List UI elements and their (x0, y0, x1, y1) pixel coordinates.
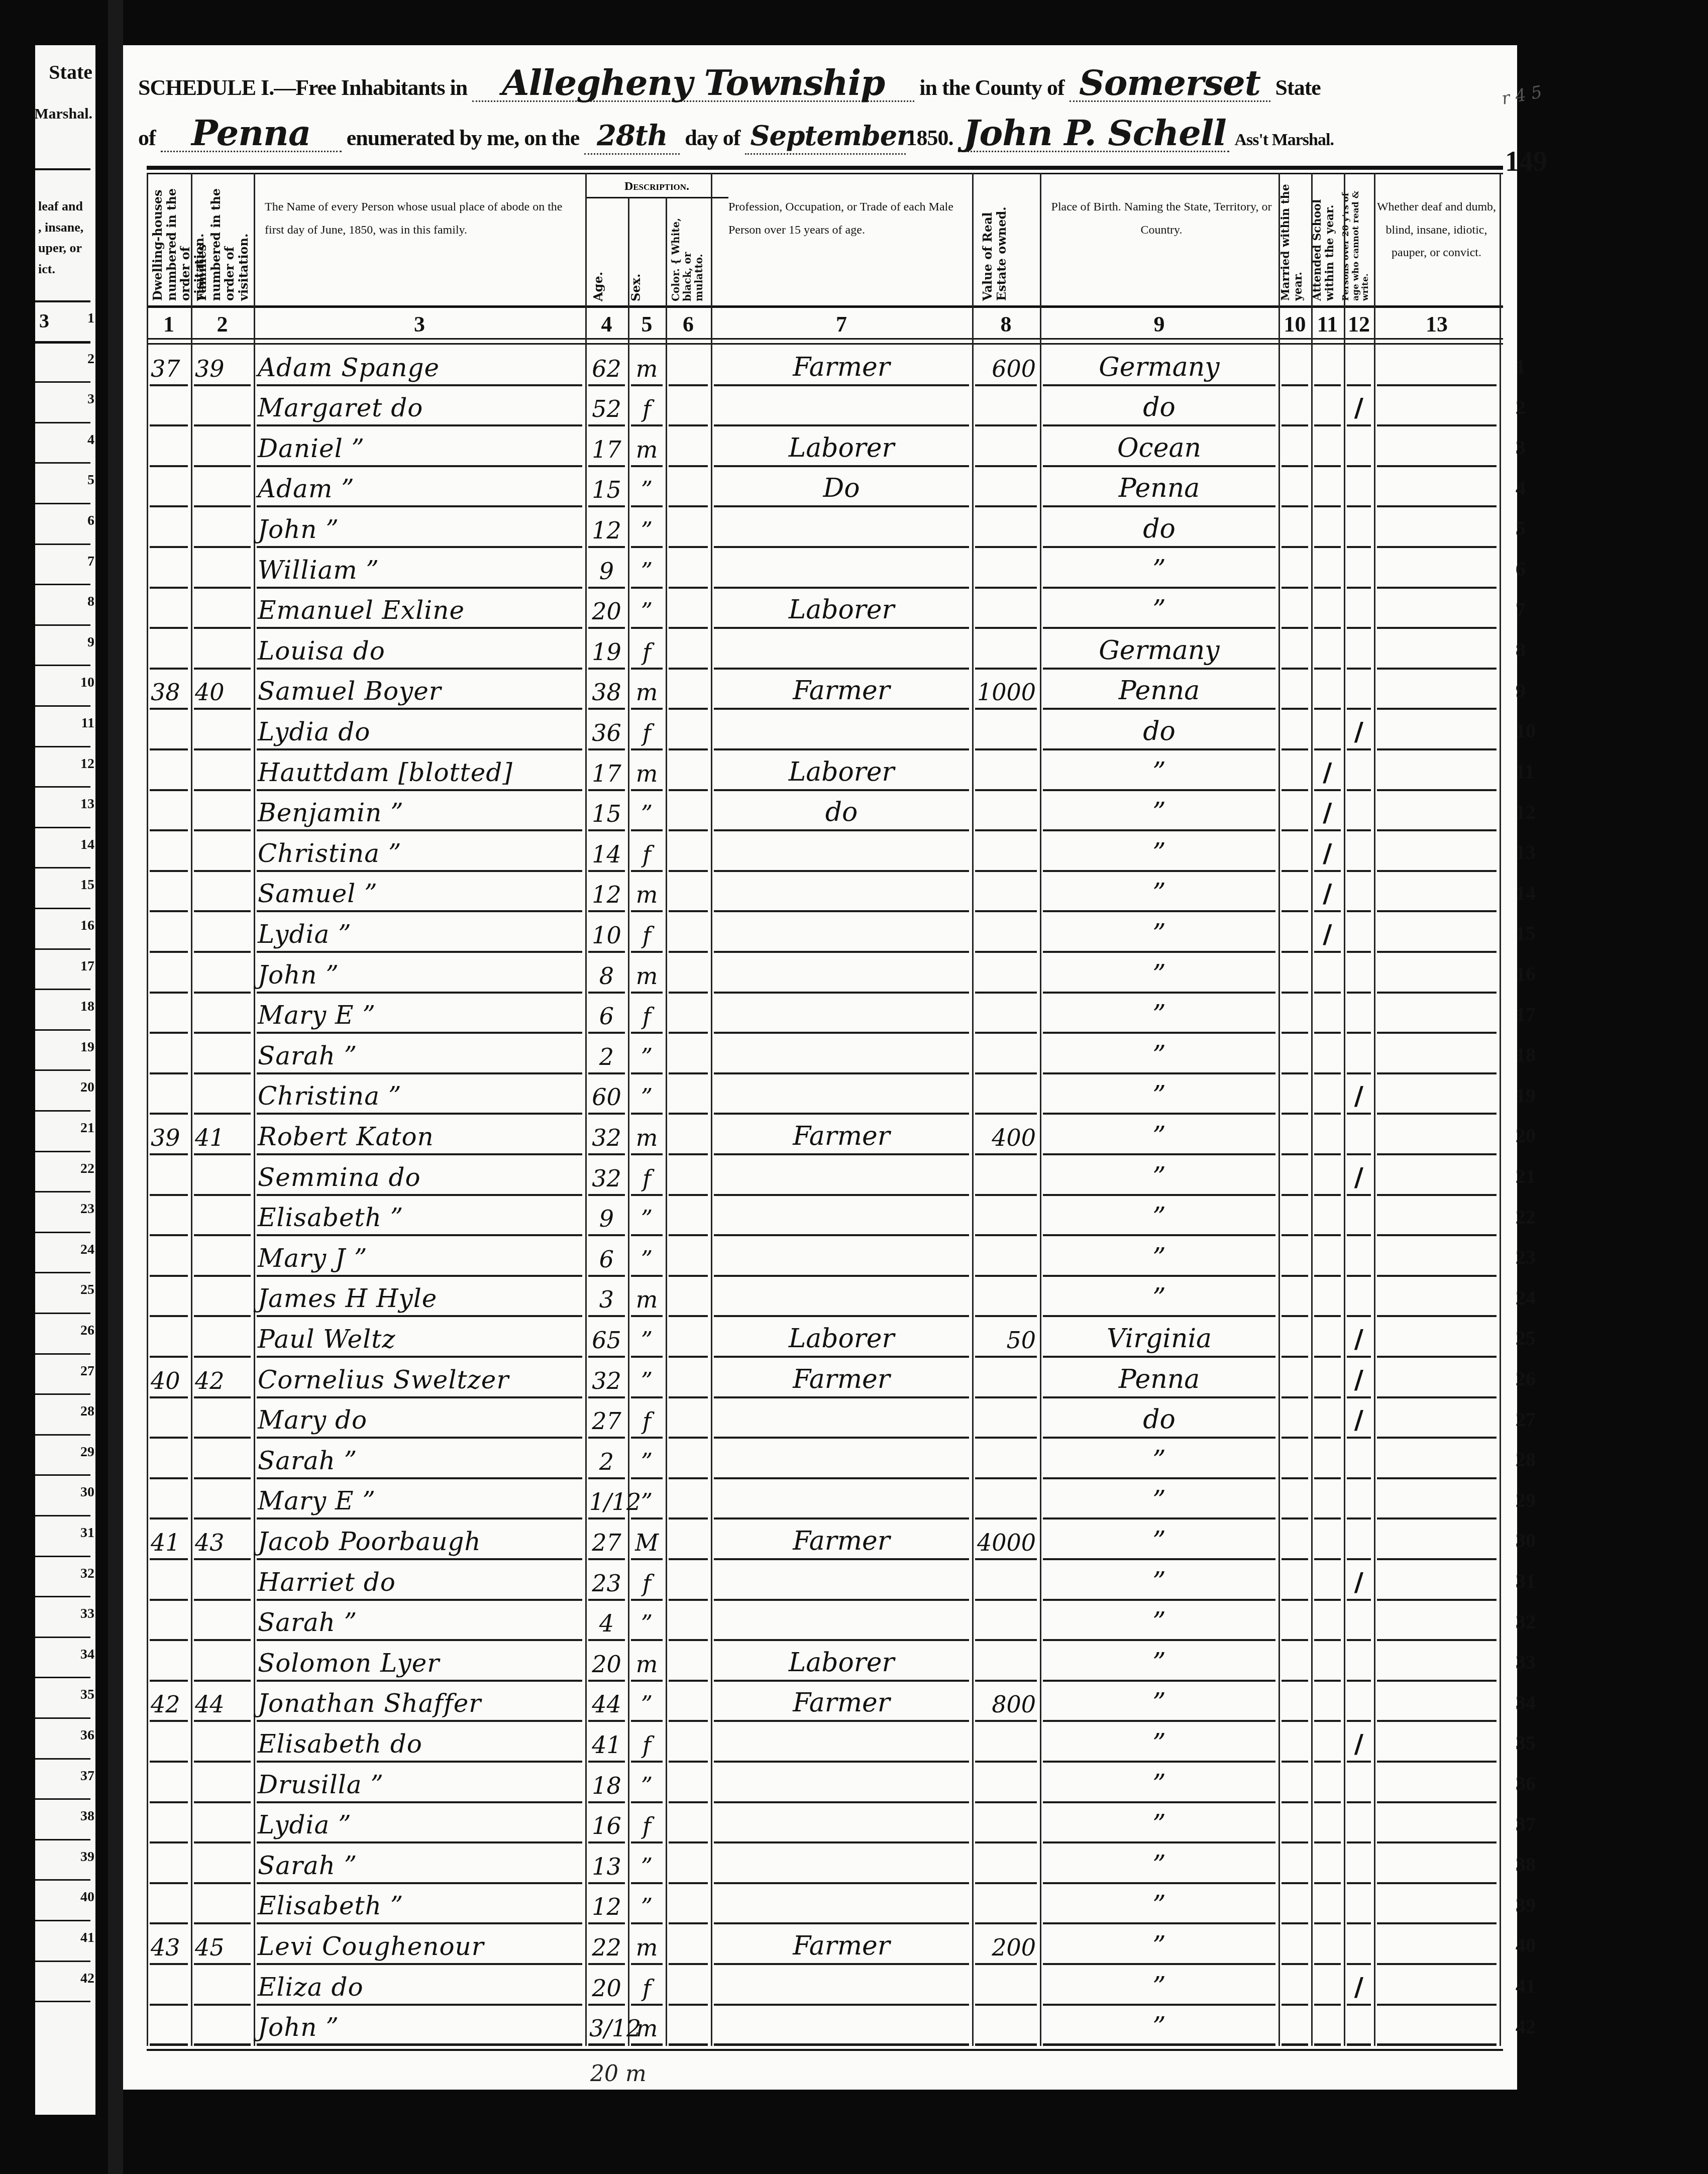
column-number: 8 (972, 311, 1040, 337)
cell-sex: f (632, 1165, 662, 1192)
cell-sex: ” (632, 1246, 662, 1273)
census-row: Benjamin ”15”do”/12 (147, 791, 1503, 832)
prev-page-line-number: 42 (80, 1971, 94, 1987)
line-number: 10 (1516, 719, 1536, 742)
cell-sex: ” (632, 1772, 662, 1799)
cell-sex: ” (632, 598, 662, 625)
cell-age: 14 (589, 841, 624, 868)
line-number: 2 (1516, 395, 1526, 419)
prev-page-line-number: 16 (80, 918, 94, 934)
header-name: The Name of every Person whose usual pla… (260, 196, 576, 242)
column-number: 12 (1344, 311, 1374, 337)
cell-dwelling: 43 (151, 1934, 187, 1961)
line-number: 24 (1516, 1286, 1536, 1310)
line-number: 33 (1516, 1650, 1536, 1674)
prev-page-line-number: 30 (80, 1484, 94, 1500)
cell-name: James H Hyle (258, 1284, 581, 1313)
census-row: Sarah ”4””32 (147, 1601, 1503, 1642)
cell-birthplace: do (1044, 392, 1274, 422)
cell-sex: ” (632, 800, 662, 827)
cell-school: / (1315, 798, 1340, 827)
cell-birthplace: ” (1044, 1283, 1274, 1313)
cell-illiterate: / (1348, 1972, 1370, 2002)
cell-birthplace: ” (1044, 1972, 1274, 2002)
cell-age: 13 (589, 1853, 624, 1880)
cell-birthplace: ” (1044, 1040, 1274, 1070)
cell-name: Elisabeth ” (258, 1891, 581, 1920)
cell-sex: m (632, 436, 662, 463)
cell-occupation: Farmer (715, 676, 968, 706)
line-number: 17 (1516, 1003, 1536, 1026)
cell-family: 45 (195, 1934, 250, 1961)
cell-sex: m (632, 760, 662, 787)
line-number: 3 (1516, 436, 1526, 459)
column-number: 9 (1040, 311, 1278, 337)
census-row: 4143Jacob Poorbaugh27MFarmer4000”30 (147, 1519, 1503, 1560)
census-row: Margaret do52fdo/2 (147, 386, 1503, 427)
cell-sex: m (632, 1934, 662, 1961)
column-number: 1 (147, 311, 191, 337)
census-row: Christina ”60””/19 (147, 1074, 1503, 1115)
cell-name: Daniel ” (258, 434, 581, 463)
cell-sex: f (632, 841, 662, 868)
column-number: 2 (191, 311, 254, 337)
cell-birthplace: Germany (1044, 635, 1274, 666)
header-family: Families numbered in the order of visita… (195, 178, 250, 301)
header-color: Color. { White, black, or mulatto. (670, 201, 710, 301)
prev-page-line-number: 6 (87, 513, 94, 529)
prev-page-state-fragment: State (49, 60, 92, 84)
line-number: 26 (1516, 1367, 1536, 1390)
cell-name: Semmina do (258, 1163, 581, 1192)
cell-age: 60 (589, 1083, 624, 1111)
cell-sex: ” (632, 1043, 662, 1070)
cell-sex: m (632, 962, 662, 990)
prev-page-line-number: 36 (80, 1727, 94, 1744)
census-row: William ”9””6 (147, 548, 1503, 589)
cell-name: Adam Spange (258, 353, 581, 382)
line-number: 38 (1516, 1853, 1536, 1876)
cell-value: 600 (976, 355, 1036, 382)
prev-page-line-number: 28 (80, 1403, 94, 1420)
cell-age: 15 (589, 476, 624, 503)
census-row: 4042Cornelius Sweltzer32”FarmerPenna/26 (147, 1358, 1503, 1398)
prev-page-line-number: 3 (87, 391, 94, 407)
prev-page-line-number: 34 (80, 1647, 94, 1663)
prev-page-line-number: 7 (87, 554, 94, 570)
prev-page-line-number: 38 (80, 1808, 94, 1824)
header-married: Married within the year. (1279, 178, 1310, 301)
line-number: 32 (1516, 1610, 1536, 1634)
cell-age: 27 (589, 1407, 624, 1435)
cell-occupation: Laborer (715, 595, 968, 625)
prev-page-line-number: 35 (80, 1687, 94, 1703)
cell-name: Mary J ” (258, 1244, 581, 1273)
cell-name: John ” (258, 2013, 581, 2042)
cell-sex: f (632, 1570, 662, 1597)
cell-occupation: Laborer (715, 1324, 968, 1354)
census-row: John ”3/12m”42 (147, 2006, 1503, 2046)
census-row: Semmina do32f”/21 (147, 1155, 1503, 1196)
cell-school: / (1315, 838, 1340, 868)
header-school: Attended School within the year. (1311, 178, 1341, 301)
line-number: 16 (1516, 962, 1536, 986)
line-number: 35 (1516, 1731, 1536, 1755)
cell-age: 62 (589, 355, 624, 382)
line-number: 28 (1516, 1448, 1536, 1471)
cell-name: Solomon Lyer (258, 1649, 581, 1678)
prev-page-col13-line: leaf and (38, 196, 83, 217)
cell-birthplace: ” (1044, 1121, 1274, 1151)
census-page: r 4 5 SCHEDULE I.—Free Inhabitants in Al… (123, 45, 1517, 2135)
census-row: Elisabeth ”9””22 (147, 1196, 1503, 1237)
prev-page-line-number: 37 (80, 1768, 94, 1784)
cell-birthplace: ” (1044, 595, 1274, 625)
cell-school: / (1315, 757, 1340, 787)
cell-birthplace: ” (1044, 1202, 1274, 1232)
cell-name: Margaret do (258, 393, 581, 422)
enumeration-line: of Penna enumerated by me, on the 28th d… (138, 116, 1334, 155)
cell-age: 6 (589, 1246, 624, 1273)
cell-birthplace: ” (1044, 919, 1274, 949)
cell-birthplace: ” (1044, 1080, 1274, 1111)
line-number: 41 (1516, 1974, 1536, 1998)
previous-page-edge: State Marshal. leaf and , insane, uper, … (35, 45, 95, 2115)
header-sex: Sex. (629, 241, 659, 301)
cell-sex: m (632, 2015, 662, 2042)
cell-dwelling: 39 (151, 1124, 187, 1151)
census-row: Louisa do19fGermany8 (147, 629, 1503, 670)
census-row: 4244Jonathan Shaffer44”Farmer800”34 (147, 1682, 1503, 1722)
prev-page-column-number: 3 (39, 309, 49, 333)
prev-page-line-number: 19 (80, 1039, 94, 1055)
census-row: Mary E ”1/12””29 (147, 1479, 1503, 1520)
cell-sex: m (632, 679, 662, 706)
line-number: 34 (1516, 1691, 1536, 1714)
cell-occupation: Farmer (715, 352, 968, 382)
scan-bottom-edge (123, 2090, 1517, 2135)
cell-name: Eliza do (258, 1973, 581, 2002)
cell-name: Jonathan Shaffer (258, 1689, 581, 1718)
cell-sex: m (632, 1286, 662, 1313)
line-number: 19 (1516, 1083, 1536, 1107)
cell-birthplace: ” (1044, 2012, 1274, 2042)
cell-age: 18 (589, 1772, 624, 1799)
cell-age: 32 (589, 1367, 624, 1394)
cell-name: Robert Katon (258, 1122, 581, 1151)
cell-birthplace: do (1044, 514, 1274, 544)
cell-name: Jacob Poorbaugh (258, 1527, 581, 1556)
cell-birthplace: ” (1044, 1809, 1274, 1839)
cell-birthplace: ” (1044, 1648, 1274, 1678)
cell-name: Cornelius Sweltzer (258, 1365, 581, 1394)
census-row: John ”12”do5 (147, 507, 1503, 548)
cell-birthplace: do (1044, 716, 1274, 746)
cell-sex: ” (632, 1327, 662, 1354)
census-row: Sarah ”2””18 (147, 1034, 1503, 1074)
census-row: Elisabeth ”12””39 (147, 1884, 1503, 1925)
cell-age: 10 (589, 922, 624, 949)
cell-school: / (1315, 879, 1340, 908)
cell-dwelling: 38 (151, 679, 187, 706)
cell-name: William ” (258, 556, 581, 585)
line-number: 25 (1516, 1326, 1536, 1350)
margin-note: r 4 5 (1500, 82, 1544, 108)
cell-age: 20 (589, 1651, 624, 1678)
cell-illiterate: / (1348, 1405, 1370, 1435)
cell-sex: m (632, 1651, 662, 1678)
census-row: Samuel ”12m”/14 (147, 872, 1503, 913)
prev-page-line-number: 40 (80, 1889, 94, 1905)
cell-occupation: Do (715, 473, 968, 503)
cell-family: 40 (195, 679, 250, 706)
header-age: Age. (591, 241, 621, 301)
cell-birthplace: Virginia (1044, 1324, 1274, 1354)
cell-occupation: Farmer (715, 1364, 968, 1394)
cell-birthplace: ” (1044, 1769, 1274, 1799)
schedule-title-prefix: —Free Inhabitants in (274, 75, 467, 100)
cell-sex: ” (632, 1610, 662, 1637)
line-number: 37 (1516, 1812, 1536, 1836)
prev-page-line-number: 32 (80, 1566, 94, 1582)
cell-sex: ” (632, 517, 662, 544)
cell-name: John ” (258, 960, 581, 990)
census-row: Adam ”15”DoPenna4 (147, 467, 1503, 508)
prev-page-line-number: 31 (80, 1525, 94, 1541)
cell-age: 32 (589, 1124, 624, 1151)
prev-page-line-number: 1 (87, 310, 94, 327)
cell-illiterate: / (1348, 717, 1370, 746)
prev-page-line-number: 41 (80, 1930, 94, 1946)
cell-family: 43 (195, 1529, 250, 1556)
schedule-title-line: SCHEDULE I.—Free Inhabitants in Alleghen… (138, 65, 1321, 102)
prev-page-line-number: 4 (87, 432, 94, 448)
prev-page-line-number: 24 (80, 1242, 94, 1258)
cell-value: 800 (976, 1691, 1036, 1718)
cell-birthplace: ” (1044, 797, 1274, 827)
cell-age: 36 (589, 719, 624, 746)
cell-birthplace: ” (1044, 1890, 1274, 1920)
cell-birthplace: ” (1044, 1567, 1274, 1597)
cell-birthplace: ” (1044, 838, 1274, 868)
prev-page-line-number: 15 (80, 877, 94, 893)
census-row: James H Hyle3m”24 (147, 1277, 1503, 1318)
prev-page-col13-line: uper, or (38, 238, 83, 259)
prev-page-line-number: 2 (87, 351, 94, 367)
cell-sex: ” (632, 1893, 662, 1920)
cell-name: Sarah ” (258, 1041, 581, 1070)
census-row: Lydia do36fdo/10 (147, 710, 1503, 750)
header-real-estate: Value of Real Estate owned. (981, 178, 1036, 301)
cell-name: Levi Coughenour (258, 1932, 581, 1961)
cell-birthplace: ” (1044, 555, 1274, 585)
cell-sex: m (632, 1124, 662, 1151)
cell-sex: M (632, 1529, 662, 1556)
cell-sex: f (632, 638, 662, 666)
cell-family: 39 (195, 355, 250, 382)
census-row: Solomon Lyer20mLaborer”33 (147, 1641, 1503, 1682)
marshal-label: Ass't Marshal. (1234, 131, 1334, 149)
prev-page-marshal-fragment: Marshal. (35, 105, 92, 123)
cell-sex: ” (632, 1205, 662, 1232)
line-number: 8 (1516, 638, 1526, 662)
prev-page-line-number: 5 (87, 472, 94, 488)
cell-age: 3 (589, 1286, 624, 1313)
line-number: 27 (1516, 1407, 1536, 1431)
cell-occupation: Farmer (715, 1688, 968, 1718)
cell-name: Elisabeth ” (258, 1203, 581, 1232)
cell-name: Mary E ” (258, 1001, 581, 1030)
cell-sex: ” (632, 1691, 662, 1718)
cell-dwelling: 42 (151, 1691, 187, 1718)
prev-page-line-number: 33 (80, 1606, 94, 1622)
enumerated-label: enumerated by me, on the (347, 126, 580, 150)
cell-age: 12 (589, 517, 624, 544)
cell-sex: f (632, 922, 662, 949)
cell-dwelling: 40 (151, 1367, 187, 1394)
cell-dwelling: 41 (151, 1529, 187, 1556)
footer-tally: 20 m (590, 2061, 647, 2087)
cell-age: 23 (589, 1570, 624, 1597)
cell-name: Sarah ” (258, 1608, 581, 1637)
cell-sex: m (632, 355, 662, 382)
header-occupation: Profession, Occupation, or Trade of each… (719, 196, 980, 242)
cell-family: 42 (195, 1367, 250, 1394)
cell-age: 65 (589, 1327, 624, 1354)
cell-age: 22 (589, 1934, 624, 1961)
cell-birthplace: Penna (1044, 473, 1274, 503)
line-number: 18 (1516, 1043, 1536, 1066)
cell-age: 1/12 (589, 1488, 624, 1515)
column-number: 13 (1374, 311, 1500, 337)
census-row: Hauttdam [blotted]17mLaborer”/11 (147, 750, 1503, 791)
cell-name: John ” (258, 515, 581, 544)
cell-age: 17 (589, 436, 624, 463)
line-number: 39 (1516, 1893, 1536, 1917)
cell-name: Christina ” (258, 1081, 581, 1111)
cell-age: 2 (589, 1448, 624, 1475)
column-number: 11 (1311, 311, 1344, 337)
cell-occupation: Laborer (715, 433, 968, 463)
prev-page-line-number: 26 (80, 1323, 94, 1339)
cell-name: Mary E ” (258, 1486, 581, 1515)
census-row: Harriet do23f”/31 (147, 1560, 1503, 1601)
cell-birthplace: Germany (1044, 352, 1274, 382)
prev-page-line-number: 12 (80, 756, 94, 772)
prev-page-line-number: 13 (80, 796, 94, 812)
header-illiterate: Persons over 20 y'rs of age who cannot r… (1341, 178, 1371, 301)
cell-name: Samuel Boyer (258, 677, 581, 706)
line-number: 4 (1516, 476, 1526, 500)
cell-birthplace: ” (1044, 878, 1274, 908)
cell-name: Lydia ” (258, 920, 581, 949)
cell-age: 44 (589, 1691, 624, 1718)
cell-sex: f (632, 1407, 662, 1435)
cell-illiterate: / (1348, 1365, 1370, 1394)
prev-page-line-number: 27 (80, 1363, 94, 1379)
month-field: September (745, 118, 906, 155)
cell-age: 4 (589, 1610, 624, 1637)
cell-age: 38 (589, 679, 624, 706)
day-of-label: day of (685, 126, 740, 150)
census-row: Mary do27fdo/27 (147, 1398, 1503, 1439)
census-row: Sarah ”2””28 (147, 1439, 1503, 1479)
cell-age: 17 (589, 760, 624, 787)
prev-page-line-number: 23 (80, 1201, 94, 1217)
line-number: 20 (1516, 1124, 1536, 1147)
marshal-signature: John P. Schell (958, 116, 1229, 152)
line-number: 11 (1516, 759, 1535, 783)
cell-occupation: do (715, 797, 968, 827)
cell-birthplace: ” (1044, 1243, 1274, 1273)
prev-page-line-number: 22 (80, 1161, 94, 1177)
census-row: Sarah ”13””38 (147, 1843, 1503, 1884)
cell-sex: ” (632, 1367, 662, 1394)
cell-age: 3/12 (589, 2015, 624, 2042)
cell-illiterate: / (1348, 1729, 1370, 1759)
cell-name: Samuel ” (258, 879, 581, 908)
prev-page-line-number: 39 (80, 1849, 94, 1865)
line-number: 22 (1516, 1205, 1536, 1229)
cell-illiterate: / (1348, 1081, 1370, 1111)
prev-page-line-number: 8 (87, 594, 94, 610)
line-number: 15 (1516, 921, 1536, 945)
cell-sex: f (632, 719, 662, 746)
cell-birthplace: Ocean (1044, 433, 1274, 463)
cell-sex: f (632, 1975, 662, 2002)
line-number: 21 (1516, 1164, 1536, 1188)
cell-name: Emanuel Exline (258, 596, 581, 625)
line-number: 23 (1516, 1245, 1536, 1269)
cell-age: 20 (589, 598, 624, 625)
line-number: 1 (1516, 355, 1526, 378)
cell-name: Paul Weltz (258, 1325, 581, 1354)
census-row: Christina ”14f”/13 (147, 831, 1503, 872)
state-field: Penna (161, 116, 342, 152)
header-dwelling: Dwelling-houses numbered in the order of… (151, 178, 191, 301)
prev-page-line-number: 25 (80, 1282, 94, 1298)
cell-name: Lydia ” (258, 1810, 581, 1839)
cell-occupation: Farmer (715, 1121, 968, 1151)
line-number: 40 (1516, 1933, 1536, 1957)
column-number: 10 (1278, 311, 1311, 337)
cell-age: 9 (589, 1205, 624, 1232)
census-row: Daniel ”17mLaborerOcean3 (147, 426, 1503, 467)
cell-age: 32 (589, 1165, 624, 1192)
cell-value: 200 (976, 1934, 1036, 1961)
cell-name: Harriet do (258, 1568, 581, 1597)
line-number: 42 (1516, 2015, 1536, 2038)
cell-age: 6 (589, 1003, 624, 1030)
township-field: Allegheny Township (472, 65, 914, 102)
cell-birthplace: ” (1044, 757, 1274, 787)
prev-page-line-number: 21 (80, 1120, 94, 1136)
column-number: 6 (666, 311, 711, 337)
cell-name: Drusilla ” (258, 1770, 581, 1799)
prev-page-line-number: 17 (80, 958, 94, 974)
day-field: 28th (584, 118, 680, 155)
prev-page-line-number: 20 (80, 1079, 94, 1096)
cell-birthplace: ” (1044, 1445, 1274, 1475)
cell-birthplace: ” (1044, 1485, 1274, 1515)
cell-birthplace: ” (1044, 959, 1274, 990)
line-number: 36 (1516, 1772, 1536, 1795)
prev-page-col13-line: ict. (38, 259, 83, 280)
page-number: 149 (1505, 146, 1547, 178)
cell-occupation: Laborer (715, 757, 968, 787)
of-label: of (138, 126, 156, 150)
census-row: Lydia ”10f”/15 (147, 912, 1503, 953)
